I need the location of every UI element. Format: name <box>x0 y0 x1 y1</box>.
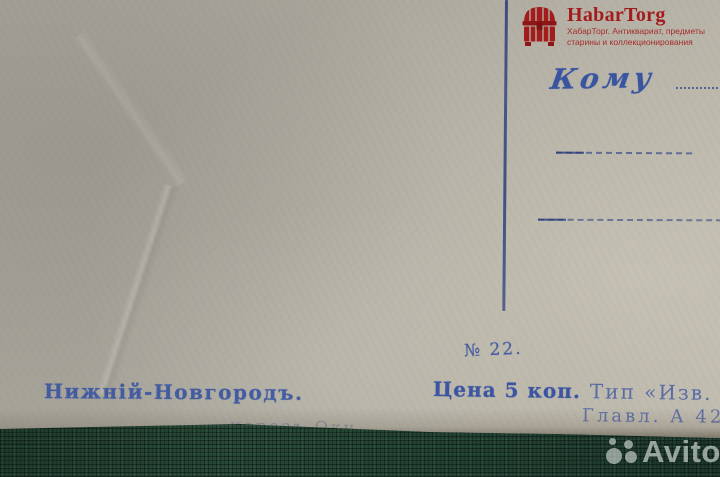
postcard-divider-line <box>502 0 508 311</box>
photo-scene: Кому № 22. Нижній-Новгородъ. Цена 5 коп.… <box>0 0 720 477</box>
censor-mark: Главл. А 42 <box>582 405 720 427</box>
price-imprint-line: Цена 5 коп.Тип «Изв. <box>433 377 713 405</box>
price-text: Цена 5 коп. <box>433 377 581 403</box>
city-imprint: Нижній-Новгородъ. <box>44 379 304 405</box>
avito-logo-icon <box>606 435 639 468</box>
treasure-chest-icon <box>521 4 558 52</box>
paper-crease <box>0 0 264 241</box>
habartorg-title: HabarTorg <box>567 4 705 26</box>
address-dotted-line <box>676 87 720 89</box>
printer-text: Тип «Изв. <box>590 379 713 405</box>
avito-watermark: Avito <box>606 435 720 468</box>
habartorg-tagline-line2: старины и коллекционирования <box>567 37 705 48</box>
habartorg-watermark: HabarTorg ХабарТорг. Антиквариат, предме… <box>521 4 705 52</box>
avito-label: Avito <box>642 436 720 467</box>
address-dashed-line <box>556 152 692 155</box>
habartorg-tagline-line1: ХабарТорг. Антиквариат, предметы <box>567 26 705 37</box>
komu-label: Кому <box>548 61 657 96</box>
postcard-number: № 22. <box>464 339 523 362</box>
address-dashed-line <box>538 219 720 222</box>
postcard-paper: Кому № 22. Нижній-Новгородъ. Цена 5 коп.… <box>0 0 720 445</box>
